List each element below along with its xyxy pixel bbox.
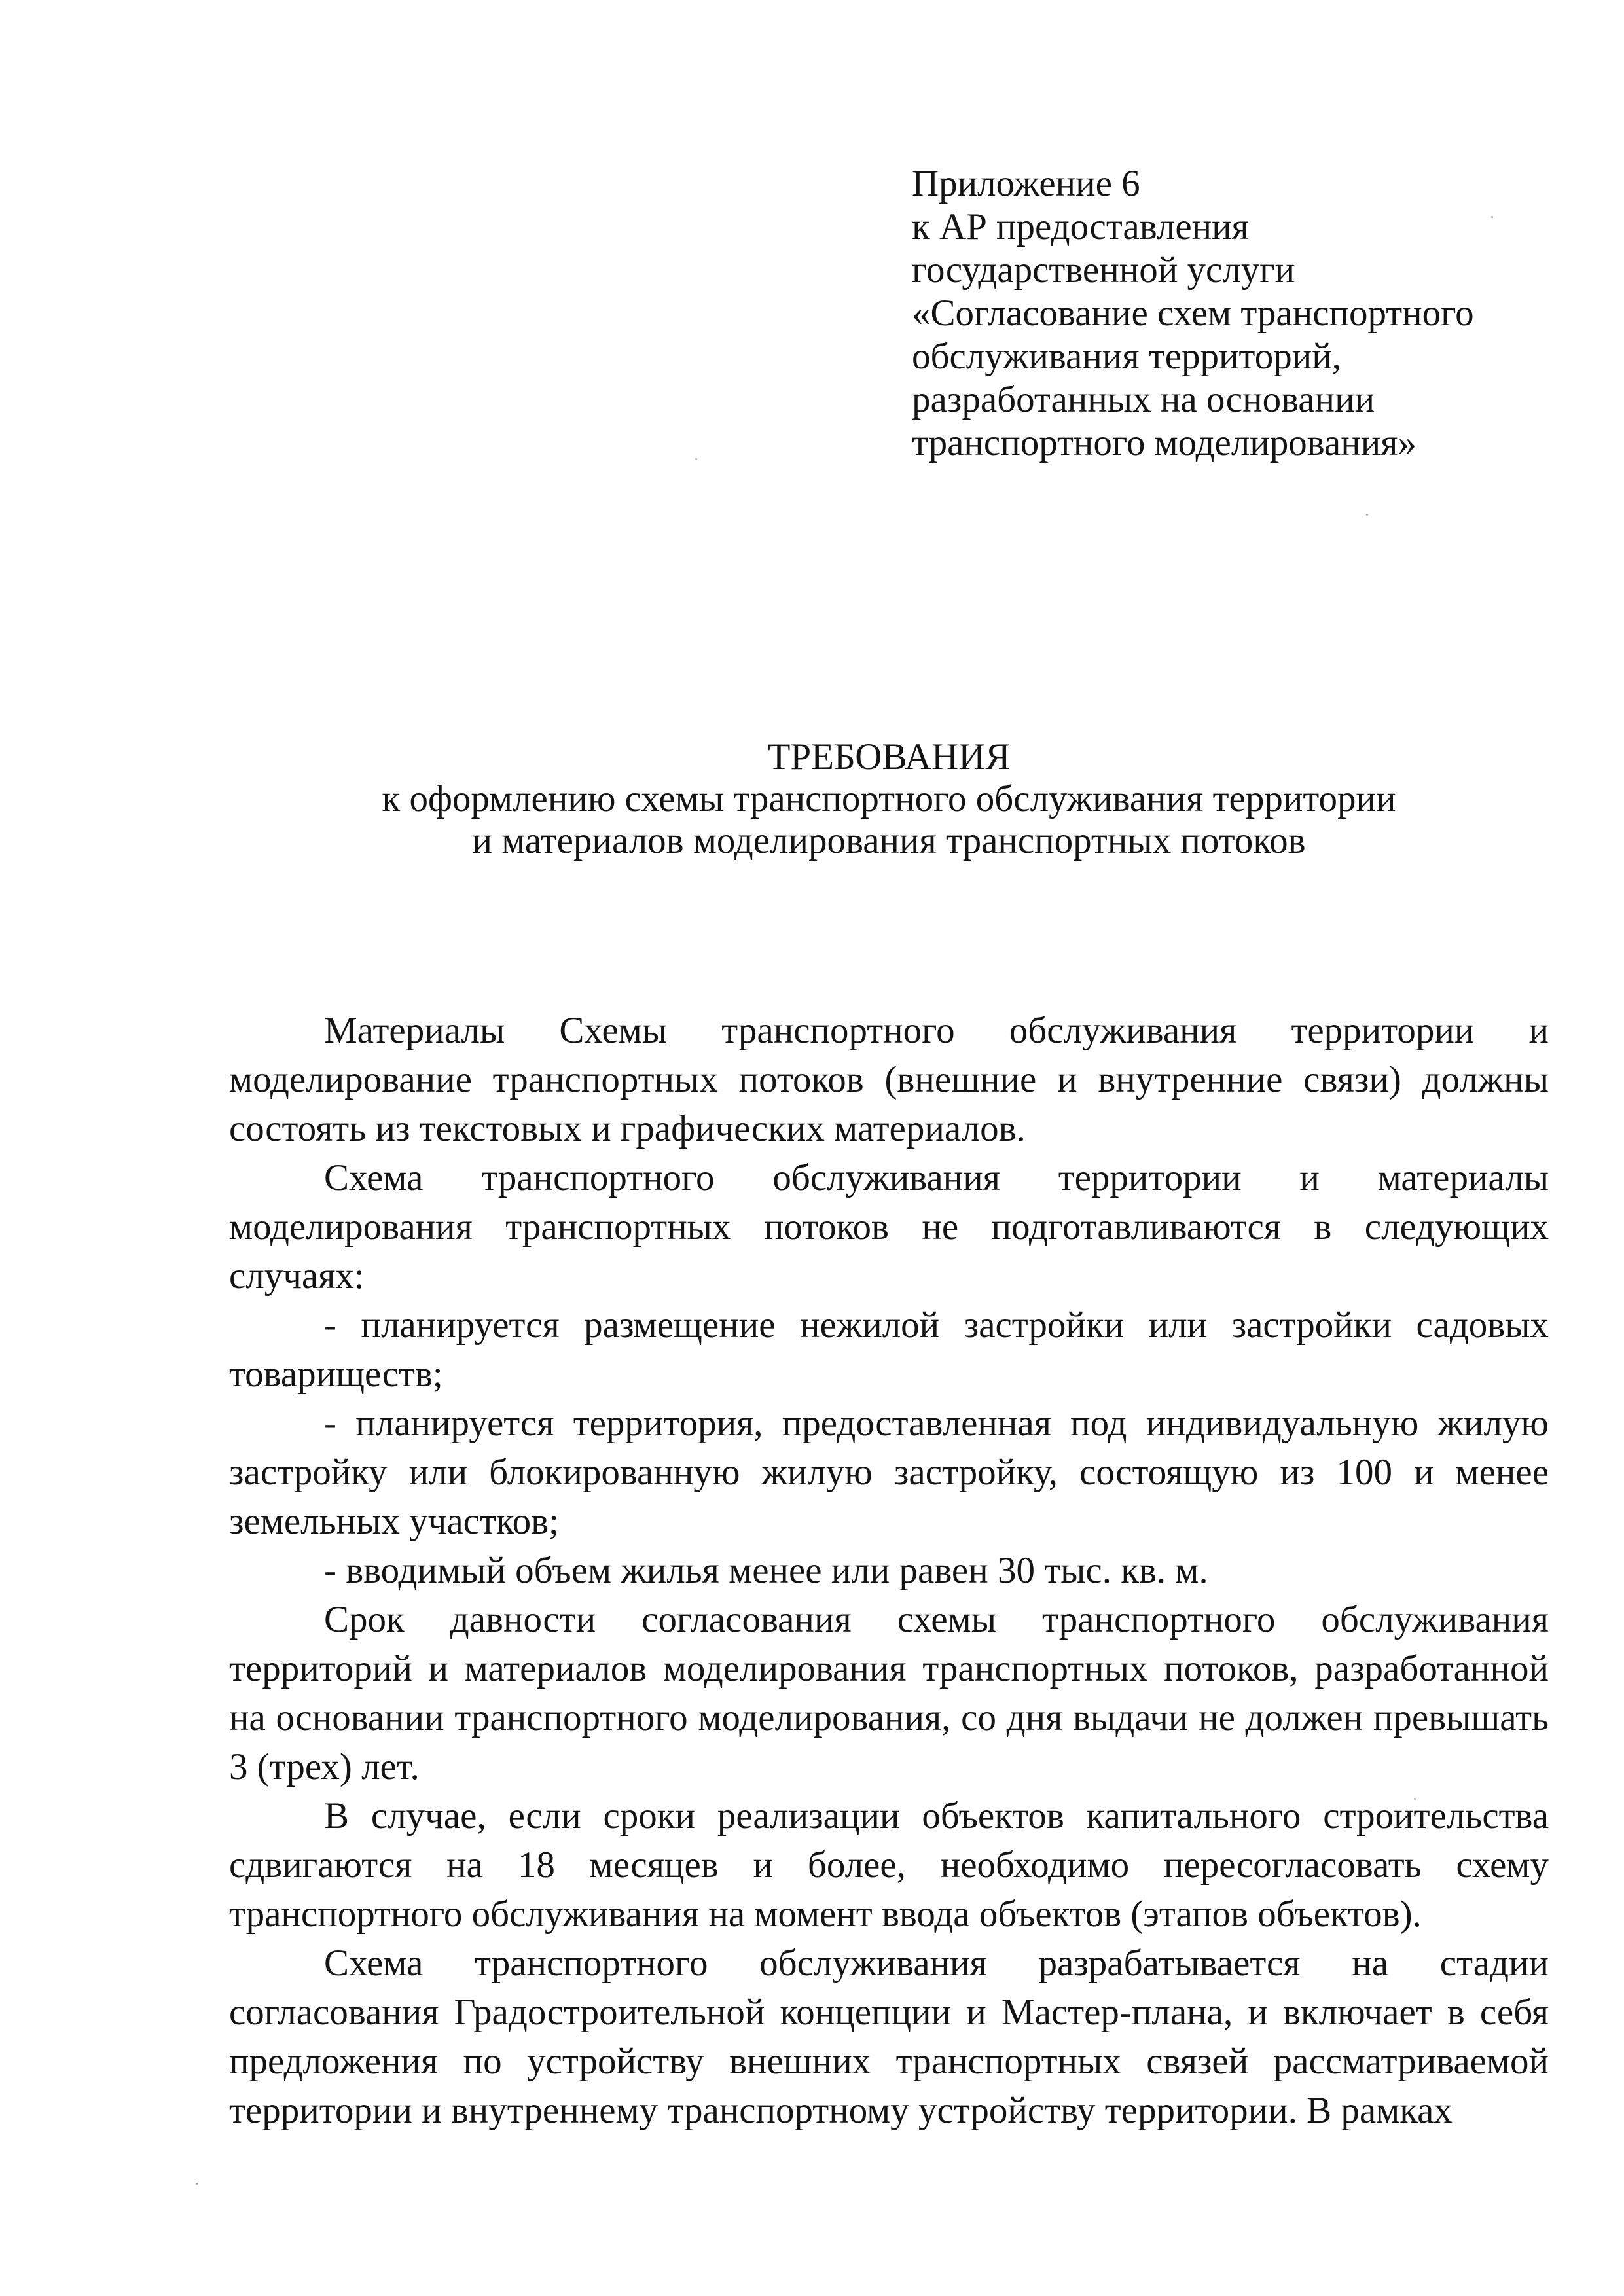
scan-speck bbox=[695, 458, 697, 460]
appendix-line: к АР предоставления bbox=[912, 206, 1566, 249]
document-heading: ТРЕБОВАНИЯ к оформлению схемы транспортн… bbox=[229, 736, 1549, 862]
paragraph-reapproval: В случае, если сроки реализации объектов… bbox=[229, 1791, 1549, 1939]
appendix-line: обслуживания территорий, bbox=[912, 335, 1566, 378]
heading-subtitle-line: к оформлению схемы транспортного обслужи… bbox=[229, 778, 1549, 820]
appendix-line: «Согласование схем транспортного bbox=[912, 292, 1566, 335]
scan-speck bbox=[1491, 216, 1493, 218]
document-page: Приложение 6 к АР предоставления государ… bbox=[0, 0, 1624, 2296]
scan-speck bbox=[1366, 514, 1368, 516]
paragraph-development-stage: Схема транспортного обслуживания разраба… bbox=[229, 1939, 1549, 2135]
scan-speck bbox=[1414, 1798, 1416, 1800]
appendix-line: Приложение 6 bbox=[912, 162, 1566, 206]
list-item-individual-housing: - планируется территория, предоставленна… bbox=[229, 1399, 1549, 1546]
scan-speck bbox=[196, 2183, 198, 2185]
list-item-nonresidential: - планируется размещение нежилой застрой… bbox=[229, 1300, 1549, 1399]
paragraph-exceptions-intro: Схема транспортного обслуживания террито… bbox=[229, 1153, 1549, 1300]
appendix-line: государственной услуги bbox=[912, 249, 1566, 292]
heading-subtitle-line: и материалов моделирования транспортных … bbox=[229, 820, 1549, 862]
heading-title: ТРЕБОВАНИЯ bbox=[229, 736, 1549, 778]
paragraph-validity-period: Срок давности согласования схемы транспо… bbox=[229, 1595, 1549, 1791]
list-item-housing-volume: - вводимый объем жилья менее или равен 3… bbox=[229, 1546, 1549, 1595]
paragraph-materials: Материалы Схемы транспортного обслуживан… bbox=[229, 1006, 1549, 1153]
appendix-line: разработанных на основании bbox=[912, 378, 1566, 422]
document-body: Материалы Схемы транспортного обслуживан… bbox=[229, 1006, 1549, 2135]
appendix-reference-block: Приложение 6 к АР предоставления государ… bbox=[912, 162, 1566, 465]
appendix-line: транспортного моделирования» bbox=[912, 422, 1566, 465]
